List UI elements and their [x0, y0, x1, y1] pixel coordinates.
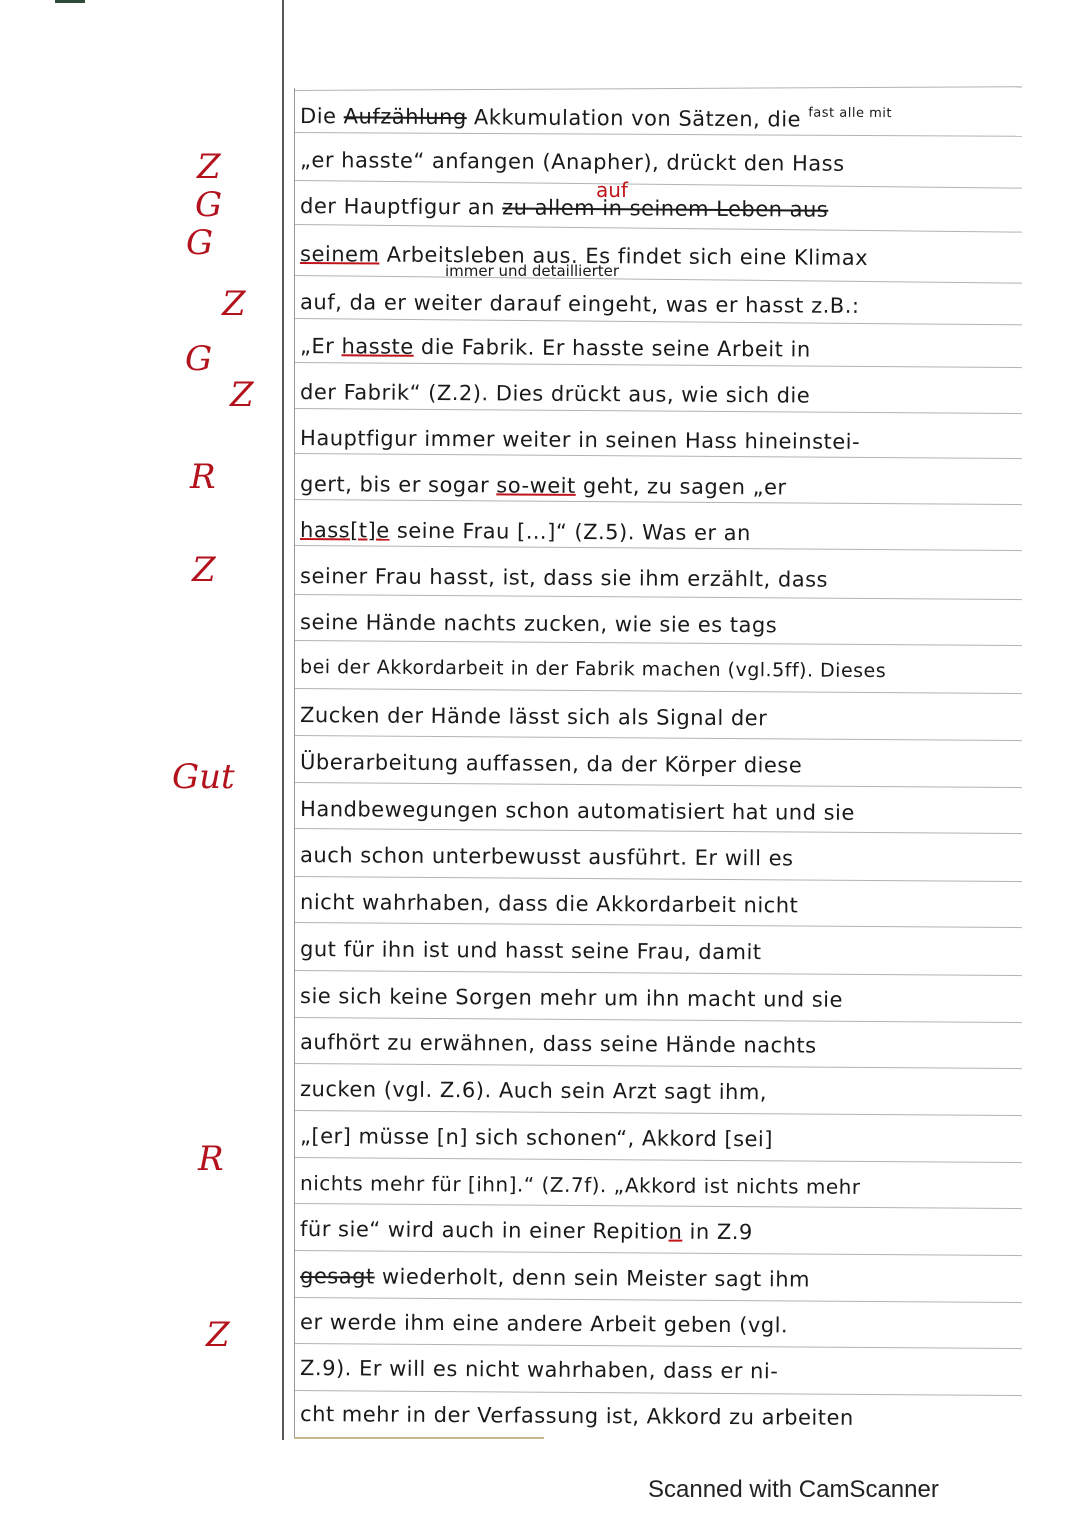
- essay-line-9: gert, bis er sogar so-weit geht, zu sage…: [300, 472, 1022, 501]
- essay-line-8: Hauptfigur immer weiter in seinen Hass h…: [300, 426, 1022, 455]
- scanned-notebook-page: auf immer und detaillierter Die Aufzählu…: [0, 0, 1080, 1450]
- scan-corner-mark: [55, 0, 85, 3]
- essay-line-16: Handbewegungen schon automatisiert hat u…: [300, 797, 1022, 826]
- margin-mark-z: Z: [222, 287, 246, 321]
- essay-line-14: Zucken der Hände lässt sich als Signal d…: [300, 703, 1022, 732]
- margin-mark-z: Z: [206, 1318, 230, 1352]
- margin-mark-r: R: [190, 460, 216, 494]
- essay-line-29: cht mehr in der Verfassung ist, Akkord z…: [300, 1402, 1022, 1431]
- essay-line-17: auch schon unterbewusst ausführt. Er wil…: [300, 843, 1022, 872]
- essay-line-10: hass[t]e seine Frau […]“ (Z.5). Was er a…: [300, 518, 1022, 547]
- page-margin-line: [282, 0, 284, 1440]
- text-margin-line: [294, 88, 295, 1438]
- margin-mark-gut: Gut: [172, 760, 235, 794]
- essay-line-2: „er hasste“ anfangen (Anapher), drückt d…: [300, 148, 1022, 177]
- essay-line-12: seine Hände nachts zucken, wie sie es ta…: [300, 610, 1022, 639]
- essay-line-19: gut für ihn ist und hasst seine Frau, da…: [300, 937, 1022, 966]
- essay-line-27: er werde ihm eine andere Arbeit geben (v…: [300, 1310, 1022, 1339]
- bottom-rule: [294, 1437, 544, 1439]
- essay-line-1: Die Aufzählung Akkumulation von Sätzen, …: [300, 102, 1022, 133]
- essay-line-5: auf, da er weiter darauf eingeht, was er…: [300, 290, 1022, 319]
- margin-mark-r: R: [198, 1142, 224, 1176]
- essay-line-3: der Hauptfigur an zu allem in seinem Leb…: [300, 194, 1022, 223]
- essay-line-26: gesagt wiederholt, denn sein Meister sag…: [300, 1264, 1022, 1293]
- camscanner-watermark: Scanned with CamScanner: [648, 1476, 939, 1504]
- essay-line-6: „Er hasste die Fabrik. Er hasste seine A…: [300, 334, 1022, 363]
- margin-mark-g: G: [186, 226, 213, 260]
- essay-line-15: Überarbeitung auffassen, da der Körper d…: [300, 750, 1022, 779]
- essay-line-18: nicht wahrhaben, dass die Akkordarbeit n…: [300, 890, 1022, 919]
- essay-line-13: bei der Akkordarbeit in der Fabrik mache…: [300, 656, 1022, 683]
- essay-line-24: nichts mehr für [ihn].“ (Z.7f). „Akkord …: [300, 1171, 1022, 1200]
- essay-line-28: Z.9). Er will es nicht wahrhaben, dass e…: [300, 1356, 1022, 1385]
- essay-line-7: der Fabrik“ (Z.2). Dies drückt aus, wie …: [300, 380, 1022, 409]
- essay-line-22: zucken (vgl. Z.6). Auch sein Arzt sagt i…: [300, 1077, 1022, 1106]
- essay-line-11: seiner Frau hasst, ist, dass sie ihm erz…: [300, 564, 1022, 593]
- margin-mark-z: Z: [230, 378, 254, 412]
- margin-mark-g: G: [185, 342, 212, 376]
- margin-mark-z: Z: [197, 150, 221, 184]
- essay-line-20: sie sich keine Sorgen mehr um ihn macht …: [300, 984, 1022, 1013]
- essay-line-21: aufhört zu erwähnen, dass seine Hände na…: [300, 1030, 1022, 1059]
- margin-mark-z: Z: [192, 553, 216, 587]
- margin-mark-g: G: [195, 188, 222, 222]
- essay-line-25: für sie“ wird auch in einer Repition in …: [300, 1217, 1022, 1246]
- essay-line-4: seinem Arbeitsleben aus. Es findet sich …: [300, 242, 1022, 271]
- essay-line-23: „[er] müsse [n] sich schonen“, Akkord [s…: [300, 1124, 1022, 1153]
